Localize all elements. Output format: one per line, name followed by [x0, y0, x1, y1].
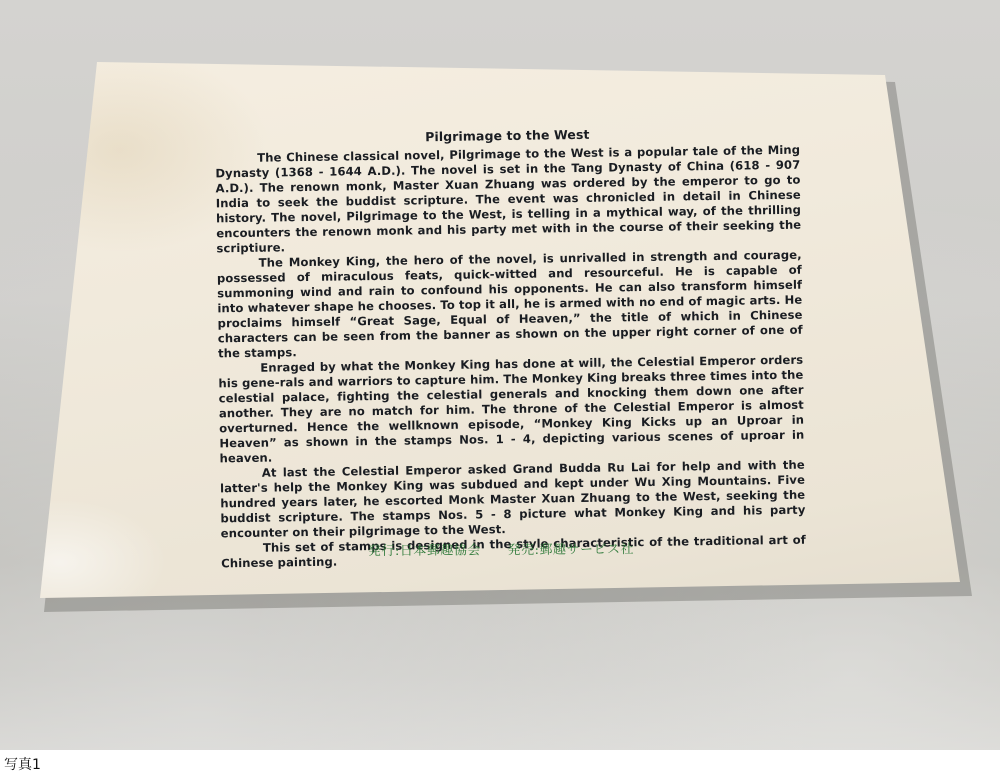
- publisher-line: 発行:日本郵趣協会 発売:郵趣サービス社: [368, 538, 668, 559]
- photo-caption: 写真1: [4, 754, 41, 774]
- issuer-text: 発行:日本郵趣協会: [368, 543, 481, 559]
- card-text: Pilgrimage to the West The Chinese class…: [215, 124, 806, 572]
- paragraph-uproar: Enraged by what the Monkey King has done…: [218, 353, 804, 467]
- photo: Pilgrimage to the West The Chinese class…: [0, 0, 1000, 750]
- seller-text: 発売:郵趣サービス社: [507, 542, 633, 558]
- paragraph-intro: The Chinese classical novel, Pilgrimage …: [215, 143, 801, 257]
- paragraph-pilgrimage: At last the Celestial Emperor asked Gran…: [220, 458, 806, 542]
- paragraph-monkey-king: The Monkey King, the hero of the novel, …: [217, 248, 803, 362]
